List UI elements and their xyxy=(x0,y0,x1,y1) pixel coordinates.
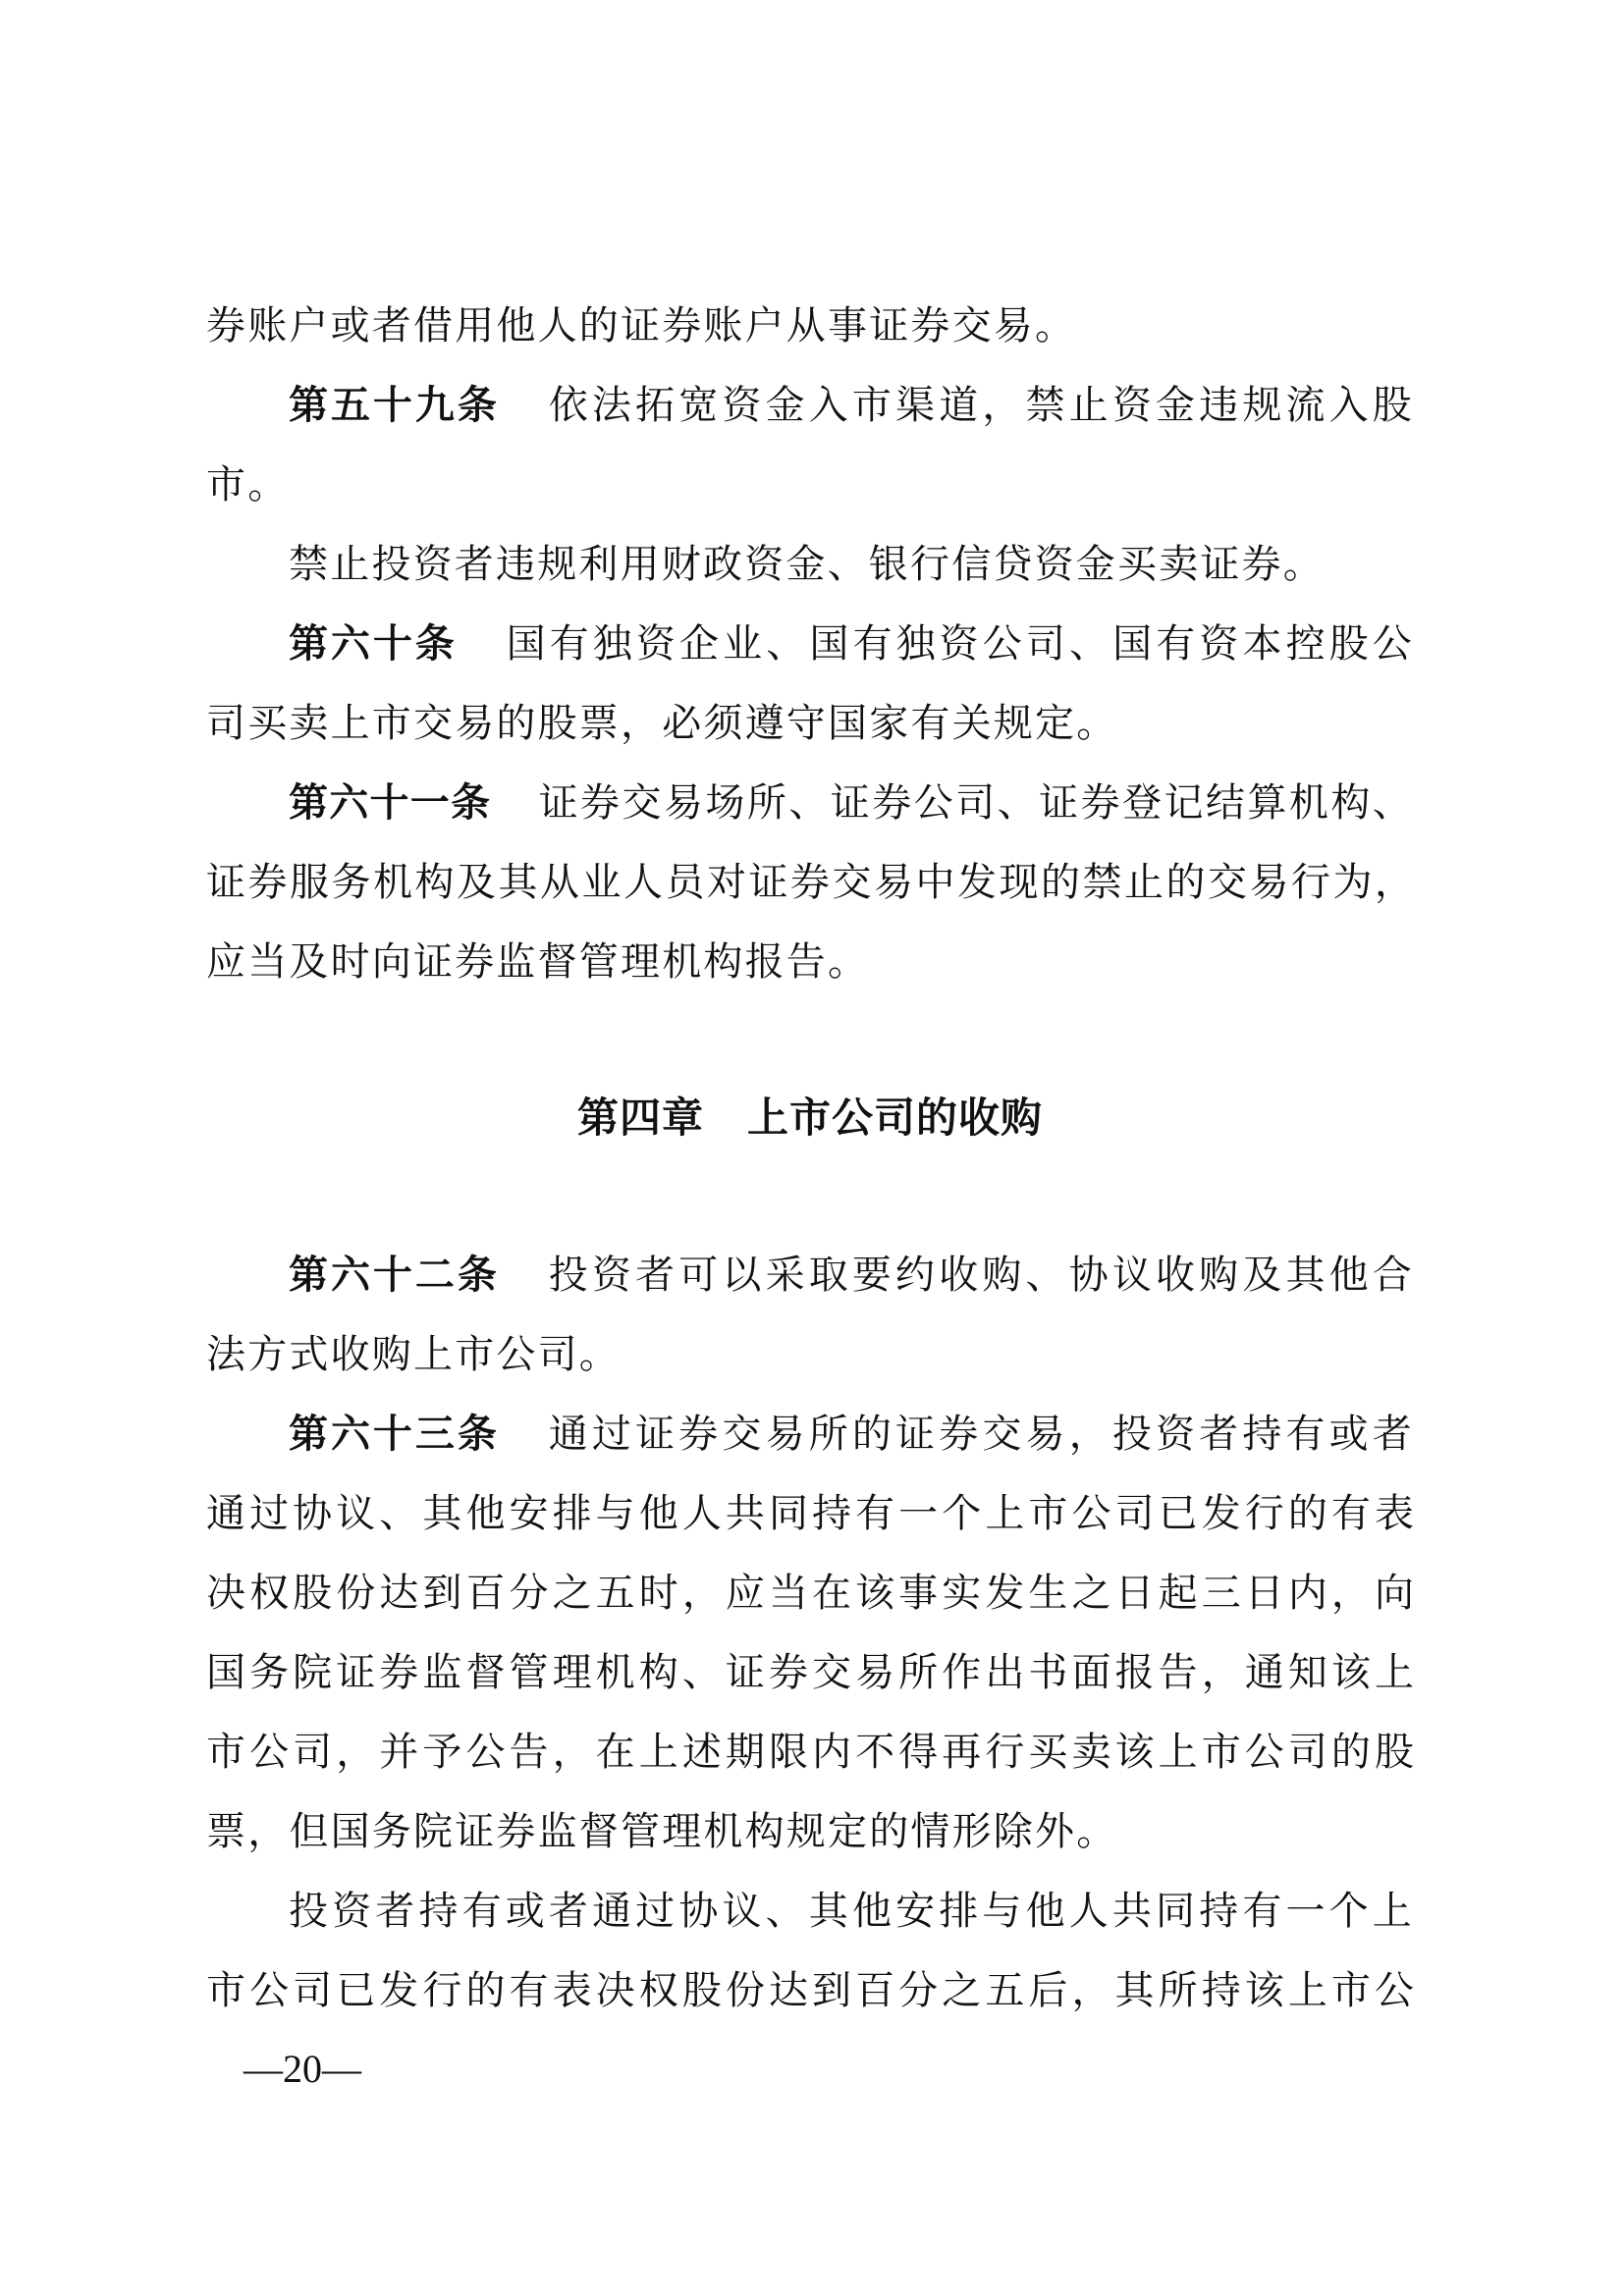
text-line: 投资者持有或者通过协议、其他安排与他人共同持有一个上 xyxy=(289,1889,1414,1934)
chapter-heading: 第四章上市公司的收购 xyxy=(206,1094,1414,1143)
text-line: 证券交易场所、证券公司、证券登记结算机构、 xyxy=(538,780,1414,826)
article-63-line: 国务院证券监督管理机构、证券交易所作出书面报告，通知该上 xyxy=(206,1649,1414,1696)
text-line: 决权股份达到百分之五时，应当在该事实发生之日起三日内，向 xyxy=(206,1571,1414,1616)
article-61-line: 证券服务机构及其从业人员对证券交易中发现的禁止的交易行为， xyxy=(206,859,1414,906)
article-60: 第六十条国有独资企业、国有独资公司、国有资本控股公 xyxy=(206,620,1414,667)
article-number: 第六十条 xyxy=(289,621,458,667)
text-line: 依法拓宽资金入市渠道，禁止资金违规流入股 xyxy=(547,383,1414,428)
text-line: 证券服务机构及其从业人员对证券交易中发现的禁止的交易行为， xyxy=(206,860,1414,905)
article-63-paragraph-2: 投资者持有或者通过协议、其他安排与他人共同持有一个上 xyxy=(206,1888,1414,1935)
article-63-line: 票，但国务院证券监督管理机构规定的情形除外。 xyxy=(206,1808,1414,1855)
article-number: 第五十九条 xyxy=(289,383,500,428)
text-line: 通过协议、其他安排与他人共同持有一个上市公司已发行的有表 xyxy=(206,1491,1414,1536)
article-63: 第六十三条通过证券交易所的证券交易，投资者持有或者 xyxy=(206,1411,1414,1458)
text-line: 券账户或者借用他人的证券账户从事证券交易。 xyxy=(206,303,1076,348)
text-line: 应当及时向证券监督管理机构报告。 xyxy=(206,939,869,985)
chapter-title: 上市公司的收购 xyxy=(747,1094,1043,1142)
article-59: 第五十九条依法拓宽资金入市渠道，禁止资金违规流入股 xyxy=(206,382,1414,429)
article-61: 第六十一条证券交易场所、证券公司、证券登记结算机构、 xyxy=(206,779,1414,827)
text-line: 禁止投资者违规利用财政资金、银行信贷资金买卖证券。 xyxy=(289,542,1325,587)
article-63-paragraph-2-line: 市公司已发行的有表决权股份达到百分之五后，其所持该上市公 xyxy=(206,1967,1414,2014)
article-number: 第六十一条 xyxy=(289,780,491,826)
article-63-line: 决权股份达到百分之五时，应当在该事实发生之日起三日内，向 xyxy=(206,1570,1414,1617)
text-line: 市。 xyxy=(206,462,289,507)
paragraph-continuation: 券账户或者借用他人的证券账户从事证券交易。 xyxy=(206,302,1414,349)
text-line: 国有独资企业、国有独资公司、国有资本控股公 xyxy=(505,621,1414,667)
text-line: 司买卖上市交易的股票，必须遵守国家有关规定。 xyxy=(206,701,1117,746)
article-62-line: 法方式收购上市公司。 xyxy=(206,1331,1414,1378)
page-number: —20— xyxy=(244,2050,361,2089)
text-line: 市公司已发行的有表决权股份达到百分之五后，其所持该上市公 xyxy=(206,1968,1414,2013)
article-59-paragraph-2: 禁止投资者违规利用财政资金、银行信贷资金买卖证券。 xyxy=(206,541,1414,588)
article-60-line: 司买卖上市交易的股票，必须遵守国家有关规定。 xyxy=(206,700,1414,747)
text-line: 通过证券交易所的证券交易，投资者持有或者 xyxy=(547,1412,1414,1457)
article-59-line: 市。 xyxy=(206,461,1414,508)
text-line: 投资者可以采取要约收购、协议收购及其他合 xyxy=(547,1253,1414,1298)
text-line: 国务院证券监督管理机构、证券交易所作出书面报告，通知该上 xyxy=(206,1650,1414,1695)
text-line: 票，但国务院证券监督管理机构规定的情形除外。 xyxy=(206,1809,1117,1854)
article-63-line: 通过协议、其他安排与他人共同持有一个上市公司已发行的有表 xyxy=(206,1490,1414,1537)
article-number: 第六十二条 xyxy=(289,1253,500,1298)
article-number: 第六十三条 xyxy=(289,1412,500,1457)
chapter-number: 第四章 xyxy=(577,1094,704,1142)
article-61-line: 应当及时向证券监督管理机构报告。 xyxy=(206,938,1414,986)
text-line: 法方式收购上市公司。 xyxy=(206,1332,621,1377)
text-line: 市公司，并予公告，在上述期限内不得再行买卖该上市公司的股 xyxy=(206,1730,1414,1775)
article-62: 第六十二条投资者可以采取要约收购、协议收购及其他合 xyxy=(206,1252,1414,1299)
article-63-line: 市公司，并予公告，在上述期限内不得再行买卖该上市公司的股 xyxy=(206,1729,1414,1776)
